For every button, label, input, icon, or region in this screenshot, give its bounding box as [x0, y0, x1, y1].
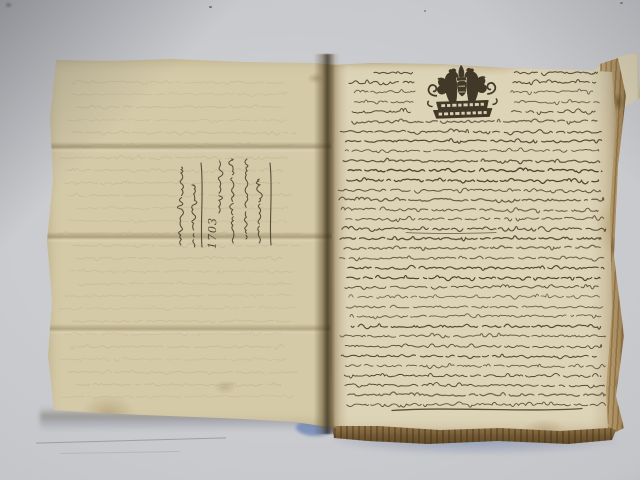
docket-script: [173, 155, 283, 251]
inscription-banners: [428, 98, 498, 118]
surface-scratch: [60, 451, 180, 454]
tax-stamp: [422, 62, 502, 121]
surface-scratch: [36, 437, 226, 443]
right-page: [330, 60, 616, 432]
docket: 1703: [173, 155, 283, 251]
left-page: 1703: [44, 56, 336, 428]
lion-left-icon: [428, 69, 458, 103]
dust-speck: [209, 6, 212, 8]
dust-speck: [620, 2, 623, 4]
photo: 1703: [0, 0, 640, 480]
dust-speck: [6, 3, 11, 7]
crest-shield-icon: [457, 82, 466, 96]
dust-speck: [424, 10, 426, 12]
gutter-shadow: [314, 54, 340, 434]
docket-year: 1703: [206, 217, 220, 249]
stamp-artwork: [426, 64, 497, 119]
lion-tail-curl: [428, 85, 437, 96]
lion-right-icon: [466, 67, 496, 101]
